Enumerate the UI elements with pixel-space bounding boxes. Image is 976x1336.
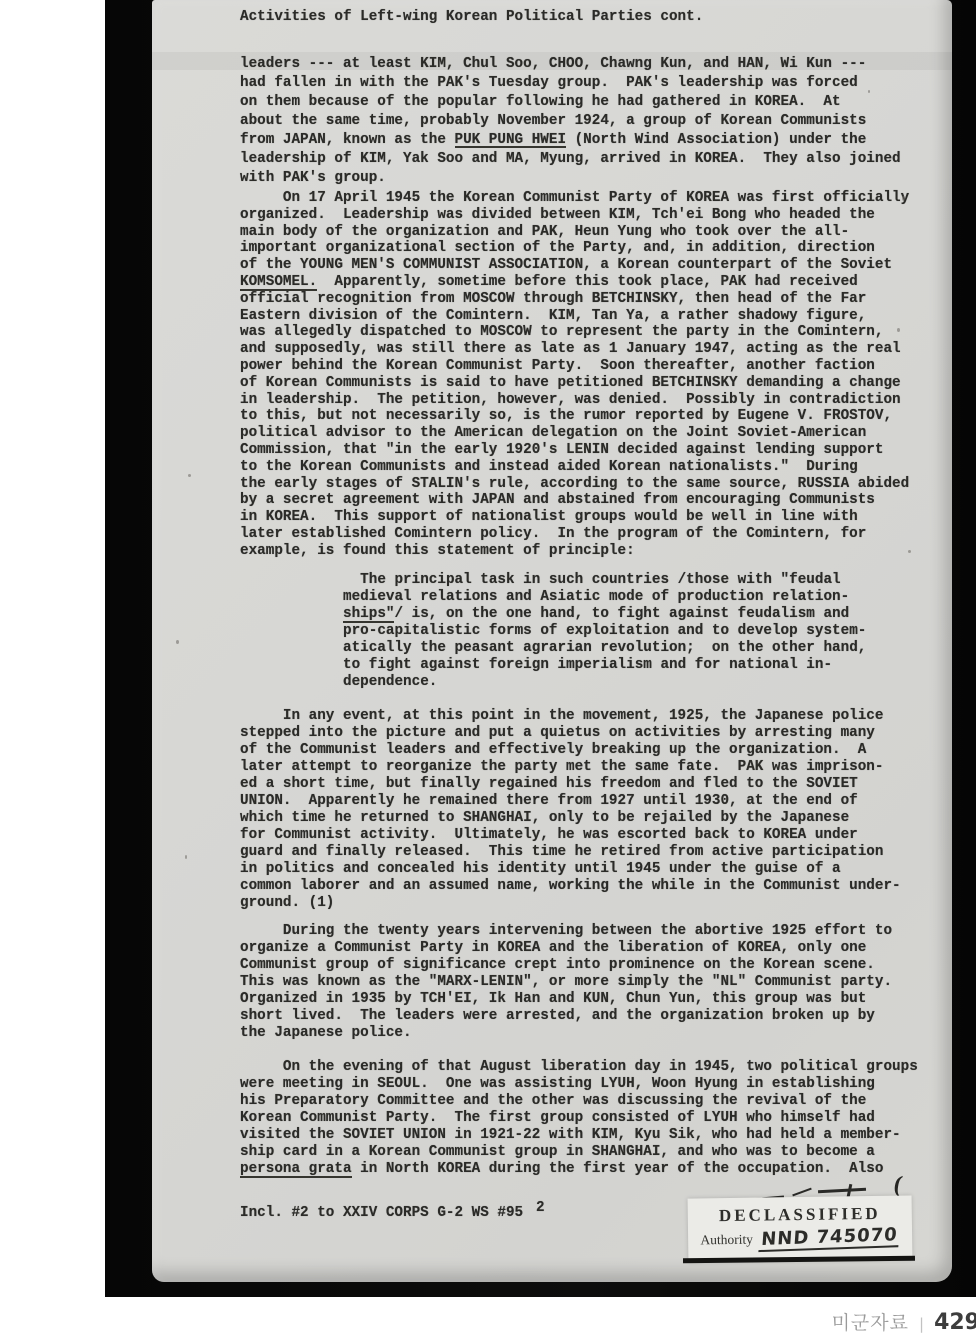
page-number: 2 [536, 1200, 545, 1217]
block-quote: The principal task in such countries /th… [343, 572, 866, 691]
underline-persona-grata [240, 1176, 352, 1178]
scan-speck [176, 640, 179, 644]
scanner-black-background: Activities of Left-wing Korean Political… [105, 0, 976, 1297]
stamp-authority-number: NND 745070 [759, 1224, 901, 1252]
underline-komsomel [240, 289, 317, 291]
caption-source-label: 미군자료 [832, 1308, 909, 1335]
scan-speck [188, 474, 191, 477]
scan-speck [185, 855, 187, 859]
declassified-stamp: DECLASSIFIED Authority NND 745070 [688, 1195, 913, 1262]
paragraph-5: During the twenty years intervening betw… [240, 923, 892, 1042]
underline-puk-pung-hwei [455, 146, 566, 148]
handwritten-stroke [818, 1188, 866, 1193]
caption-page-number: 429 [934, 1310, 976, 1335]
scan-speck [908, 550, 911, 553]
archive-caption: 미군자료 | 429 [770, 1308, 976, 1335]
handwritten-stroke [792, 1188, 811, 1197]
scan-speck [902, 196, 905, 201]
stamp-underline-bar [683, 1256, 915, 1263]
document-title: Activities of Left-wing Korean Political… [240, 8, 703, 27]
paragraph-4: In any event, at this point in the movem… [240, 708, 901, 912]
stamp-authority-label: Authority [700, 1232, 753, 1248]
paragraph-6: On the evening of that August liberation… [240, 1059, 918, 1178]
stamp-authority-row: Authority NND 745070 [688, 1225, 912, 1251]
caption-divider: | [919, 1315, 924, 1333]
paragraph-2: On 17 April 1945 the Korean Communist Pa… [240, 190, 909, 560]
underline-ships [343, 621, 394, 623]
enclosure-reference: Incl. #2 to XXIV CORPS G-2 WS #95 [240, 1205, 523, 1222]
scanned-document-page: Activities of Left-wing Korean Political… [0, 0, 976, 1336]
stamp-title: DECLASSIFIED [688, 1203, 912, 1226]
scan-speck [897, 328, 900, 332]
scan-speck [868, 90, 870, 93]
paragraph-1: leaders --- at least KIM, Chul Soo, CHOO… [240, 55, 901, 188]
paper: Activities of Left-wing Korean Political… [152, 0, 952, 1282]
